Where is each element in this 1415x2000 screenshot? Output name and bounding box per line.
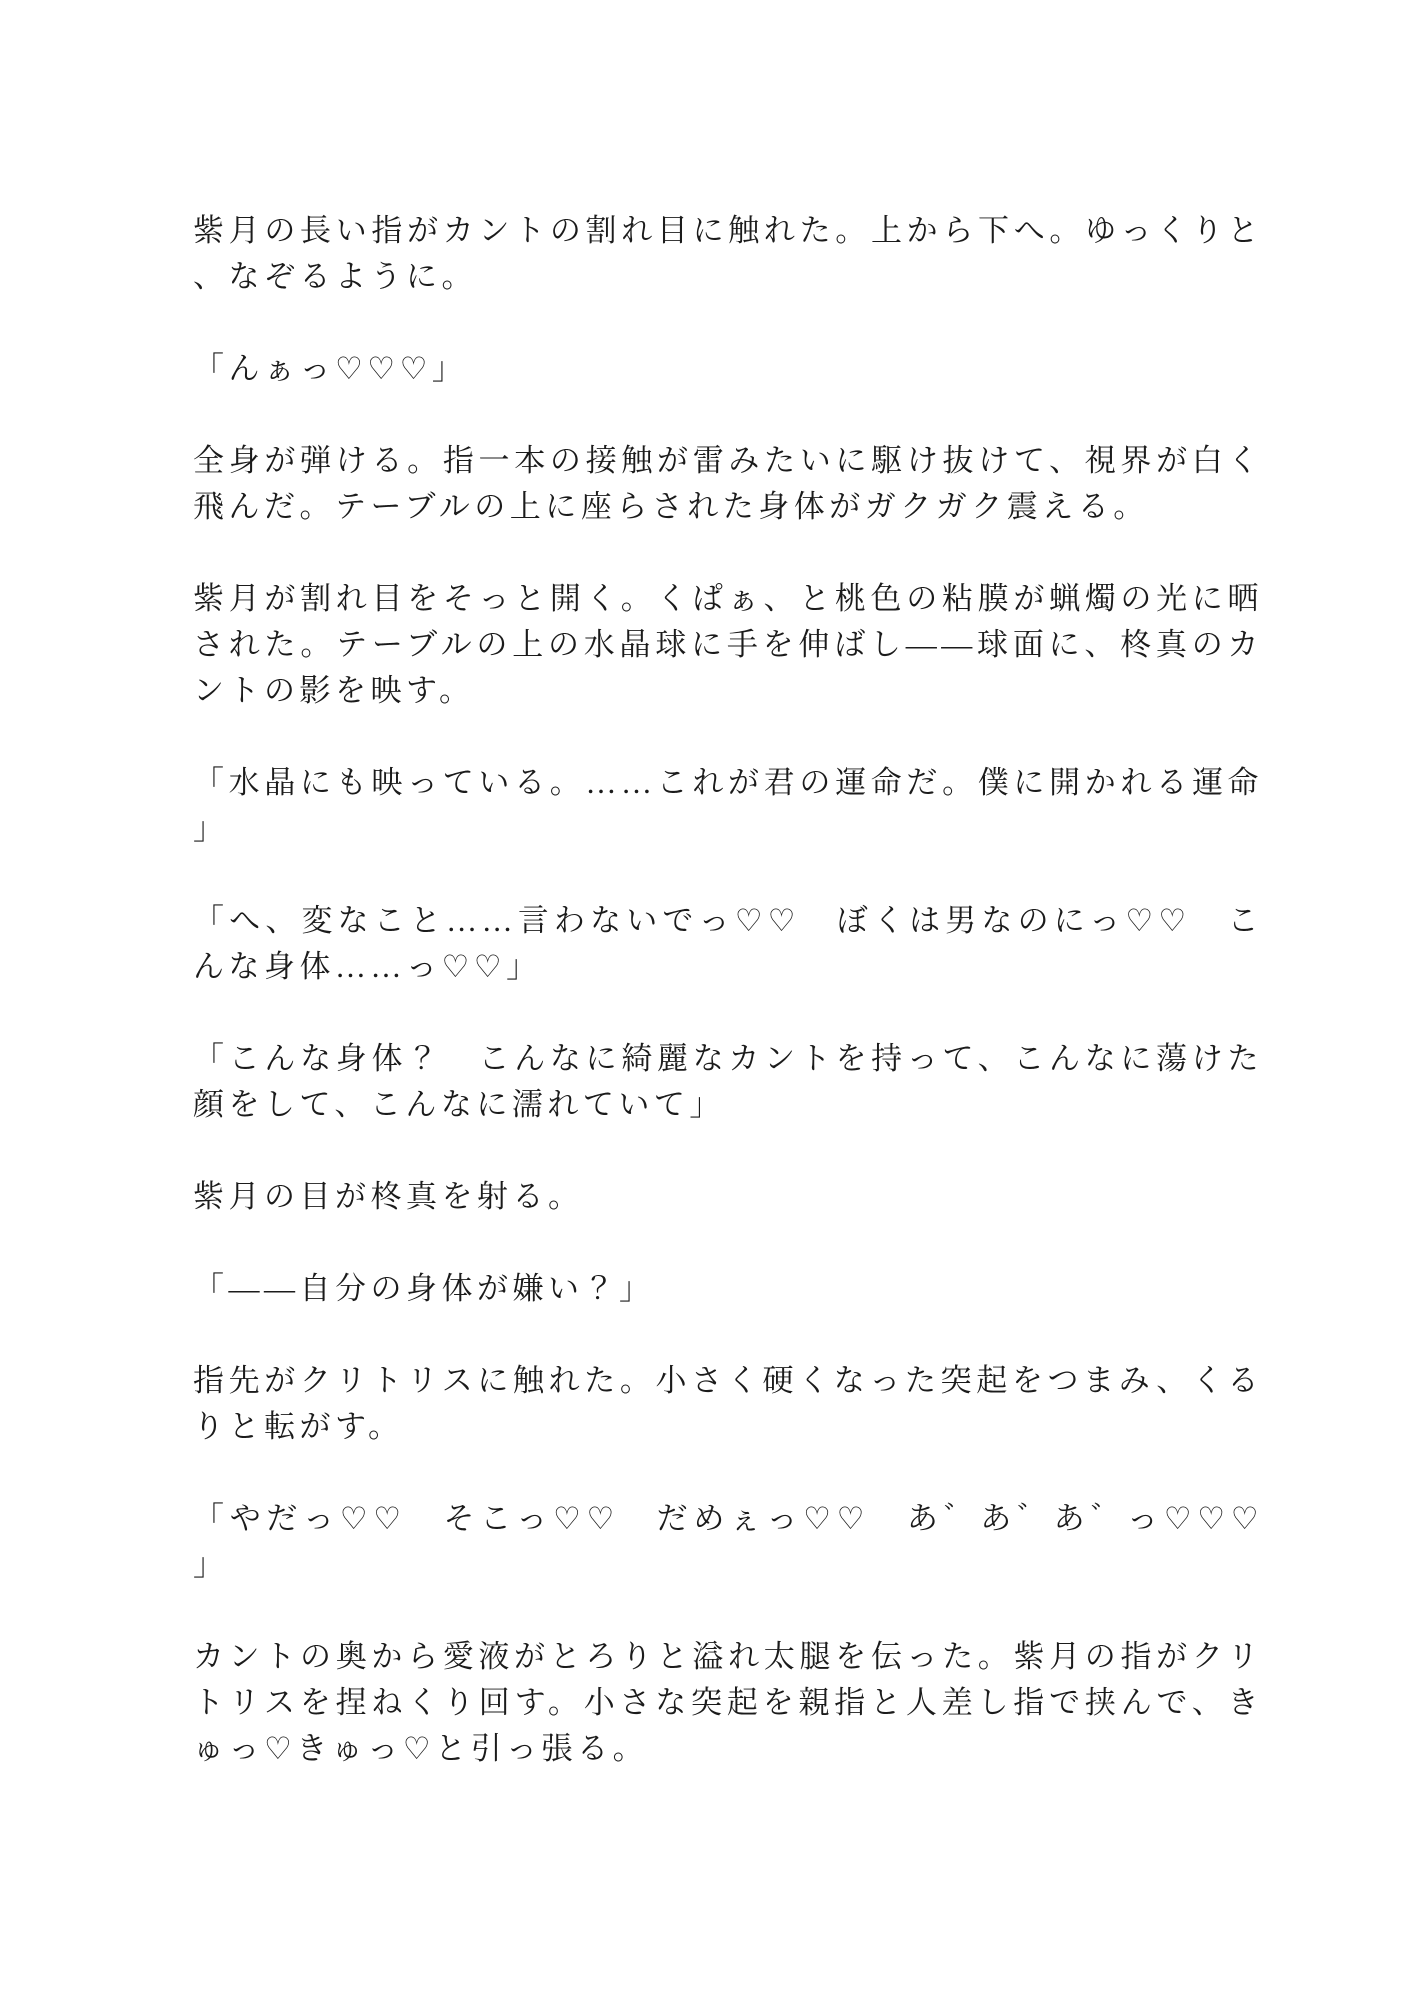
document-page: 紫月の長い指がカントの割れ目に触れた。上から下へ。ゆっくりと、なぞるように。「ん… — [0, 0, 1415, 2000]
paragraph: 全身が弾ける。指一本の接触が雷みたいに駆け抜けて、視界が白く飛んだ。テーブルの上… — [193, 438, 1263, 530]
text-line: 「へ、変なこと……言わないでっ♡♡ ぼくは男なのにっ♡♡ こ — [193, 898, 1263, 944]
text-line: 「こんな身体？ こんなに綺麗なカントを持って、こんなに蕩けた — [193, 1036, 1263, 1082]
text-line: トリスを捏ねくり回す。小さな突起を親指と人差し指で挟んで、き — [193, 1680, 1263, 1726]
paragraph: 指先がクリトリスに触れた。小さく硬くなった突起をつまみ、くるりと転がす。 — [193, 1358, 1263, 1450]
paragraph: 紫月が割れ目をそっと開く。くぱぁ、と桃色の粘膜が蝋燭の光に晒された。テーブルの上… — [193, 576, 1263, 714]
text-content: 紫月の長い指がカントの割れ目に触れた。上から下へ。ゆっくりと、なぞるように。「ん… — [193, 208, 1263, 1772]
text-line: された。テーブルの上の水晶球に手を伸ばし——球面に、柊真のカ — [193, 622, 1263, 668]
text-line: 「やだっ♡♡ そこっ♡♡ だめぇっ♡♡ あ゛あ゛あ゛っ♡♡♡ — [193, 1496, 1263, 1542]
paragraph: 「やだっ♡♡ そこっ♡♡ だめぇっ♡♡ あ゛あ゛あ゛っ♡♡♡」 — [193, 1496, 1263, 1588]
text-line: 飛んだ。テーブルの上に座らされた身体がガクガク震える。 — [193, 484, 1263, 530]
text-line: ゅっ♡きゅっ♡と引っ張る。 — [193, 1726, 1263, 1772]
text-line: 、なぞるように。 — [193, 254, 1263, 300]
paragraph: カントの奥から愛液がとろりと溢れ太腿を伝った。紫月の指がクリトリスを捏ねくり回す… — [193, 1634, 1263, 1772]
paragraph: 「——自分の身体が嫌い？」 — [193, 1266, 1263, 1312]
text-line: りと転がす。 — [193, 1404, 1263, 1450]
text-line: 」 — [193, 1542, 1263, 1588]
paragraph: 「水晶にも映っている。……これが君の運命だ。僕に開かれる運命」 — [193, 760, 1263, 852]
paragraph: 「んぁっ♡♡♡」 — [193, 346, 1263, 392]
text-line: 全身が弾ける。指一本の接触が雷みたいに駆け抜けて、視界が白く — [193, 438, 1263, 484]
text-line: 顔をして、こんなに濡れていて」 — [193, 1082, 1263, 1128]
text-line: 指先がクリトリスに触れた。小さく硬くなった突起をつまみ、くる — [193, 1358, 1263, 1404]
text-line: 「水晶にも映っている。……これが君の運命だ。僕に開かれる運命 — [193, 760, 1263, 806]
paragraph: 「へ、変なこと……言わないでっ♡♡ ぼくは男なのにっ♡♡ こんな身体……っ♡♡」 — [193, 898, 1263, 990]
paragraph: 「こんな身体？ こんなに綺麗なカントを持って、こんなに蕩けた顔をして、こんなに濡… — [193, 1036, 1263, 1128]
text-line: 紫月が割れ目をそっと開く。くぱぁ、と桃色の粘膜が蝋燭の光に晒 — [193, 576, 1263, 622]
text-line: 「んぁっ♡♡♡」 — [193, 346, 1263, 392]
text-line: 「——自分の身体が嫌い？」 — [193, 1266, 1263, 1312]
paragraph: 紫月の長い指がカントの割れ目に触れた。上から下へ。ゆっくりと、なぞるように。 — [193, 208, 1263, 300]
text-line: 紫月の長い指がカントの割れ目に触れた。上から下へ。ゆっくりと — [193, 208, 1263, 254]
text-line: ントの影を映す。 — [193, 668, 1263, 714]
text-line: 紫月の目が柊真を射る。 — [193, 1174, 1263, 1220]
text-line: んな身体……っ♡♡」 — [193, 944, 1263, 990]
text-line: カントの奥から愛液がとろりと溢れ太腿を伝った。紫月の指がクリ — [193, 1634, 1263, 1680]
text-line: 」 — [193, 806, 1263, 852]
paragraph: 紫月の目が柊真を射る。 — [193, 1174, 1263, 1220]
